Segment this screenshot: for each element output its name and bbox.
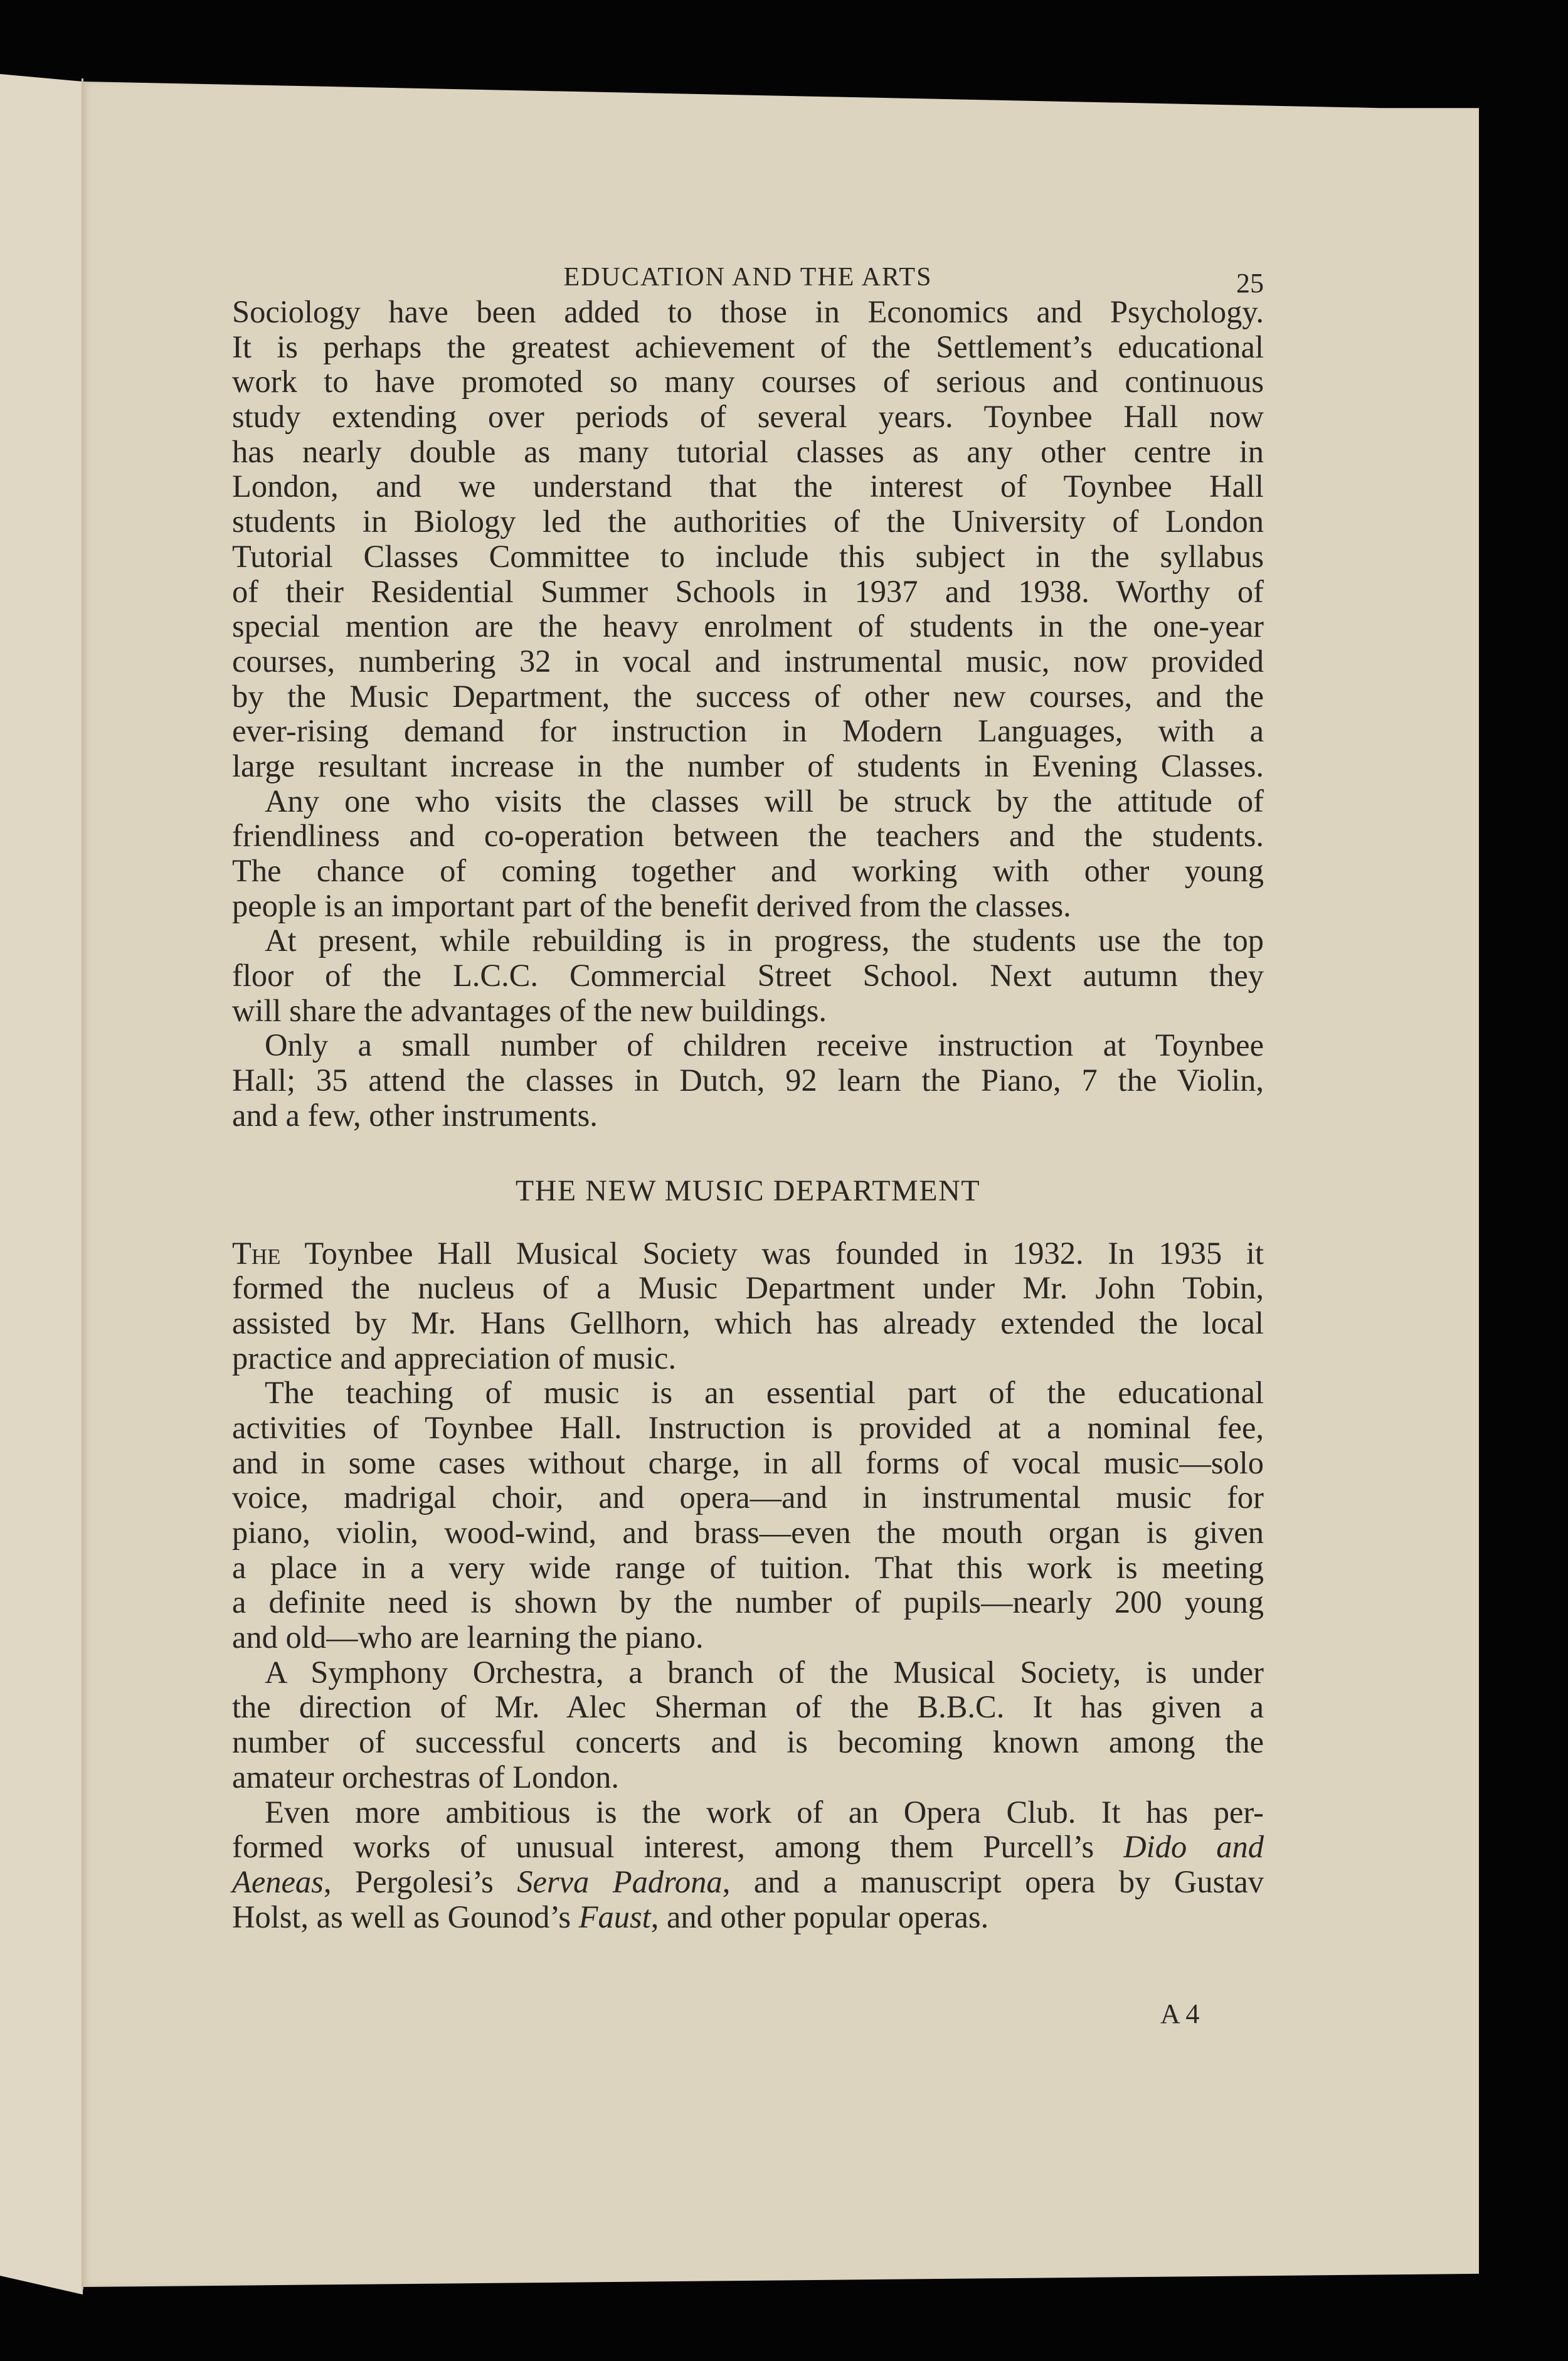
text-line: ever-rising demand for instruction in Mo… xyxy=(232,714,1264,749)
text-line: and a few, other instruments. xyxy=(232,1098,1264,1133)
text-line: floor of the L.C.C. Commercial Street Sc… xyxy=(232,958,1264,994)
text-line: a place in a very wide range of tuition.… xyxy=(232,1551,1264,1586)
text-line: study extending over periods of several … xyxy=(232,400,1264,435)
text-line: has nearly double as many tutorial class… xyxy=(232,435,1264,470)
text-line: practice and appreciation of music. xyxy=(232,1341,1264,1376)
text-line: friendliness and co-operation between th… xyxy=(232,819,1264,854)
text-run: , and a manuscript opera by Gustav xyxy=(723,1864,1264,1899)
text-line: The Toynbee Hall Musical Society was fou… xyxy=(232,1236,1264,1271)
text-line: The teaching of music is an essential pa… xyxy=(232,1376,1264,1411)
text-line: assisted by Mr. Hans Gellhorn, which has… xyxy=(232,1306,1264,1341)
text-line: London, and we understand that the inter… xyxy=(232,469,1264,504)
text-line: Hall; 35 attend the classes in Dutch, 92… xyxy=(232,1063,1264,1098)
signature-mark: A 4 xyxy=(1160,1998,1199,2030)
text-line: will share the advantages of the new bui… xyxy=(232,994,1264,1029)
text-run: Toynbee Hall Musical Society was founded… xyxy=(281,1236,1264,1271)
italic-title: Dido and xyxy=(1123,1829,1264,1864)
paragraph: Only a small number of children receive … xyxy=(232,1028,1264,1133)
text-line: Aeneas, Pergolesi’s Serva Padrona, and a… xyxy=(232,1865,1264,1900)
running-head: EDUCATION AND THE ARTS xyxy=(232,262,1264,292)
text-line: people is an important part of the benef… xyxy=(232,889,1264,924)
text-line: and old—who are learning the piano. xyxy=(232,1620,1264,1655)
paragraph: Any one who visits the classes will be s… xyxy=(232,784,1264,924)
small-caps-lead: The xyxy=(232,1236,281,1271)
text-line: Holst, as well as Gounod’s Faust, and ot… xyxy=(232,1900,1264,1935)
facing-page-edge xyxy=(0,74,83,2295)
text-line: and in some cases without charge, in all… xyxy=(232,1446,1264,1481)
text-line: Sociology have been added to those in Ec… xyxy=(232,295,1264,330)
paragraph: Sociology have been added to those in Ec… xyxy=(232,295,1264,784)
paragraph: Even more ambitious is the work of an Op… xyxy=(232,1795,1264,1935)
text-line: work to have promoted so many courses of… xyxy=(232,364,1264,400)
italic-title: Aeneas xyxy=(232,1864,324,1899)
text-line: courses, numbering 32 in vocal and instr… xyxy=(232,644,1264,679)
text-line: Tutorial Classes Committee to include th… xyxy=(232,539,1264,575)
text-run: Holst, as well as Gounod’s xyxy=(232,1899,579,1934)
text-line: students in Biology led the authorities … xyxy=(232,504,1264,539)
text-line: Any one who visits the classes will be s… xyxy=(232,784,1264,819)
text-line: activities of Toynbee Hall. Instruction … xyxy=(232,1411,1264,1446)
paragraph: The teaching of music is an essential pa… xyxy=(232,1376,1264,1655)
text-line: At present, while rebuilding is in progr… xyxy=(232,923,1264,958)
text-line: number of successful concerts and is bec… xyxy=(232,1725,1264,1760)
text-line: of their Residential Summer Schools in 1… xyxy=(232,575,1264,610)
text-line: special mention are the heavy enrolment … xyxy=(232,609,1264,644)
paragraph: At present, while rebuilding is in progr… xyxy=(232,923,1264,1028)
text-line: by the Music Department, the success of … xyxy=(232,679,1264,714)
text-line: amateur orchestras of London. xyxy=(232,1760,1264,1795)
text-line: piano, violin, wood-wind, and brass—even… xyxy=(232,1515,1264,1551)
text-line: large resultant increase in the number o… xyxy=(232,749,1264,784)
text-line: a definite need is shown by the number o… xyxy=(232,1585,1264,1620)
text-line: voice, madrigal choir, and opera—and in … xyxy=(232,1480,1264,1515)
italic-title: Serva Padrona xyxy=(517,1864,722,1899)
book-spine xyxy=(82,78,83,2289)
paragraph: A Symphony Orchestra, a branch of the Mu… xyxy=(232,1655,1264,1795)
paragraph: The Toynbee Hall Musical Society was fou… xyxy=(232,1236,1264,1376)
section-heading: THE NEW MUSIC DEPARTMENT xyxy=(232,1172,1264,1210)
text-run: , and other popular operas. xyxy=(651,1899,989,1934)
text-line: It is perhaps the greatest achievement o… xyxy=(232,330,1264,365)
text-line: formed works of unusual interest, among … xyxy=(232,1830,1264,1865)
text-line: The chance of coming together and workin… xyxy=(232,854,1264,889)
page-body: Sociology have been added to those in Ec… xyxy=(232,295,1264,1934)
text-run: formed works of unusual interest, among … xyxy=(232,1829,1123,1864)
text-line: the direction of Mr. Alec Sherman of the… xyxy=(232,1690,1264,1725)
text-line: Even more ambitious is the work of an Op… xyxy=(232,1795,1264,1830)
text-line: formed the nucleus of a Music Department… xyxy=(232,1271,1264,1306)
italic-title: Faust xyxy=(579,1899,651,1934)
text-line: A Symphony Orchestra, a branch of the Mu… xyxy=(232,1655,1264,1690)
text-run: , Pergolesi’s xyxy=(324,1864,517,1899)
text-line: Only a small number of children receive … xyxy=(232,1028,1264,1063)
